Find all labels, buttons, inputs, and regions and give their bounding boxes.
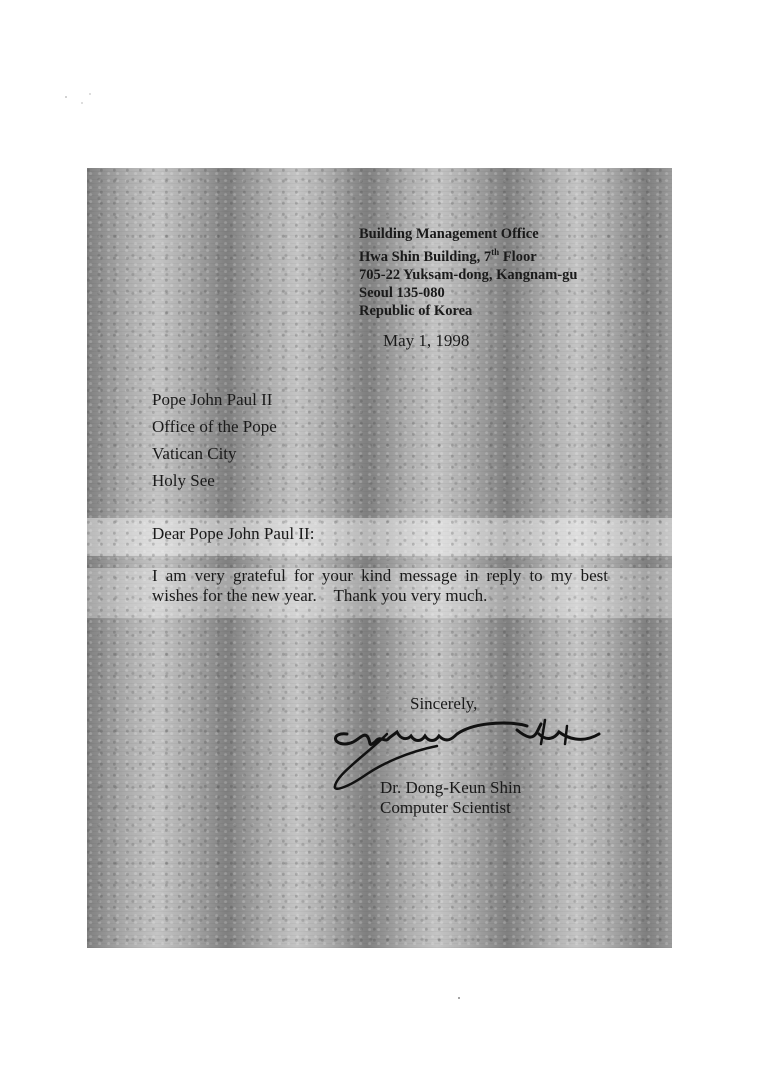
ordinal-suffix: th <box>491 247 499 257</box>
letter-page: Building Management Office Hwa Shin Buil… <box>87 168 672 948</box>
letter-date: May 1, 1998 <box>383 331 469 351</box>
sender-line-text: Floor <box>499 249 536 265</box>
signer-title: Computer Scientist <box>380 798 521 818</box>
signer-name: Dr. Dong-Keun Shin <box>380 778 521 798</box>
recipient-line: Pope John Paul II <box>152 386 277 413</box>
signer-block: Dr. Dong-Keun Shin Computer Scientist <box>380 778 521 818</box>
recipient-line: Vatican City <box>152 440 277 467</box>
recipient-line: Holy See <box>152 467 277 494</box>
closing: Sincerely, <box>410 694 477 714</box>
sender-address: Building Management Office Hwa Shin Buil… <box>359 225 578 320</box>
sender-line: Republic of Korea <box>359 302 578 320</box>
sender-line: Seoul 135-080 <box>359 284 578 302</box>
scan-specks <box>58 88 98 118</box>
sender-line: 705-22 Yuksam-dong, Kangnam-gu <box>359 266 578 284</box>
sender-line-text: Hwa Shin Building, 7 <box>359 249 491 265</box>
recipient-address: Pope John Paul II Office of the Pope Vat… <box>152 386 277 494</box>
recipient-line: Office of the Pope <box>152 413 277 440</box>
letter-body: I am very grateful for your kind message… <box>152 566 608 606</box>
sender-line: Building Management Office <box>359 225 578 243</box>
salutation: Dear Pope John Paul II: <box>152 524 314 544</box>
scan-speck <box>458 997 460 999</box>
sender-line: Hwa Shin Building, 7th Floor <box>359 243 578 266</box>
